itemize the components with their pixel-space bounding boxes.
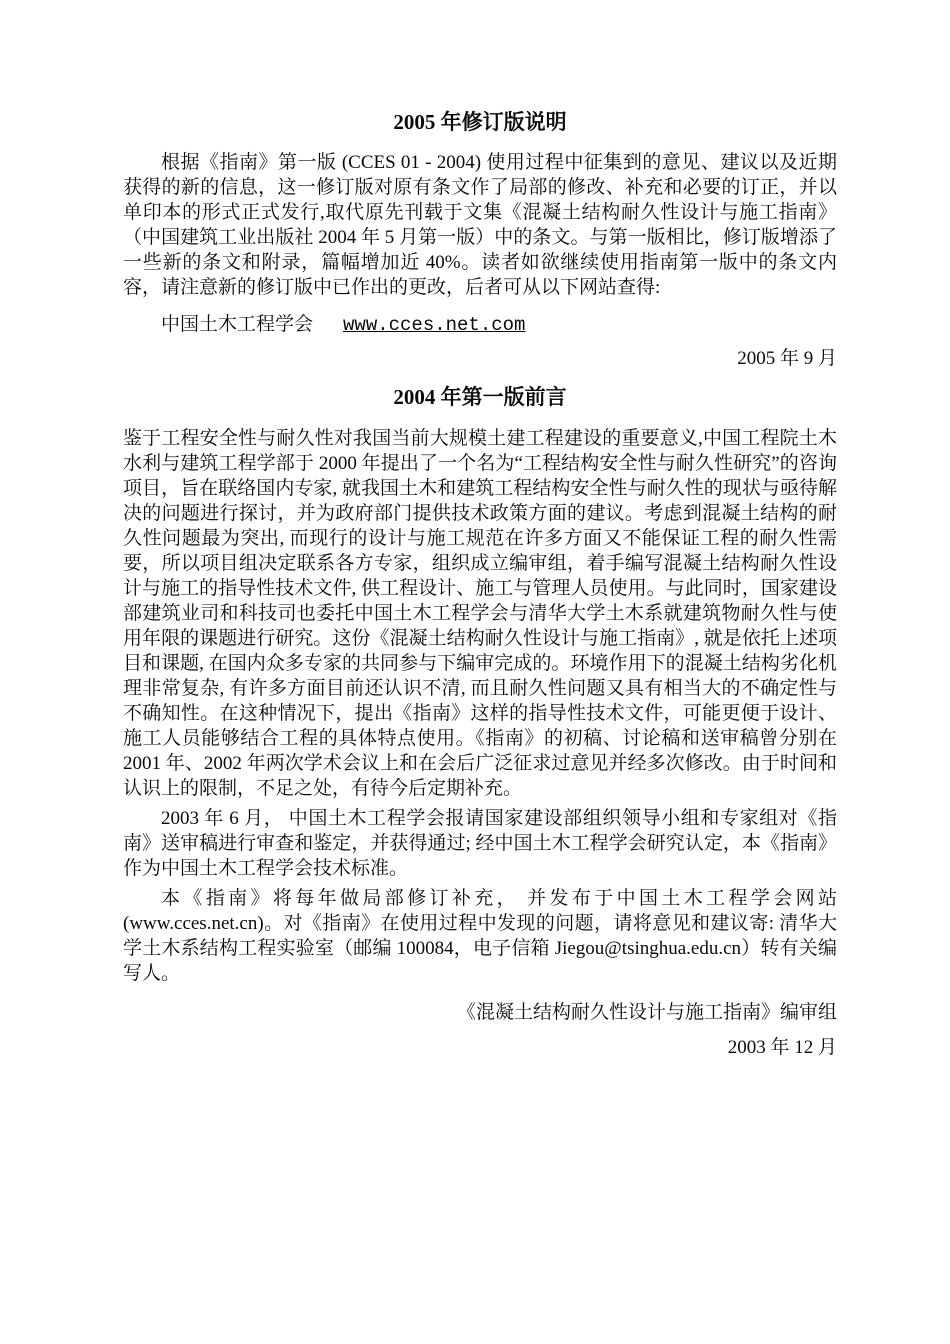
document-page: 2005 年修订版说明 根据《指南》第一版 (CCES 01 - 2004) 使…: [0, 0, 950, 1344]
preface-paragraph-2: 2003 年 6 月， 中国土木工程学会报请国家建设部组织领导小组和专家组对《指…: [123, 806, 837, 881]
section-2004-title: 2004 年第一版前言: [123, 383, 837, 411]
preface-paragraph-3: 本《指南》将每年做局部修订补充， 并发布于中国土木工程学会网站 (www.cce…: [123, 886, 837, 986]
website-link[interactable]: www.cces.net.com: [343, 314, 525, 336]
section-2005-title: 2005 年修订版说明: [123, 108, 837, 136]
editorial-group-signature: 《混凝土结构耐久性设计与施工指南》编审组: [123, 1000, 837, 1025]
org-website-line: 中国土木工程学会www.cces.net.com: [123, 312, 837, 338]
section-2005-date: 2005 年 9 月: [123, 346, 837, 371]
preface-paragraph-1: 鉴于工程安全性与耐久性对我国当前大规模土建工程建设的重要意义,中国工程院土木水利…: [123, 426, 837, 801]
section-2005-paragraph: 根据《指南》第一版 (CCES 01 - 2004) 使用过程中征集到的意见、建…: [123, 150, 837, 300]
org-name: 中国土木工程学会: [161, 314, 313, 335]
section-2004-date: 2003 年 12 月: [123, 1035, 837, 1060]
